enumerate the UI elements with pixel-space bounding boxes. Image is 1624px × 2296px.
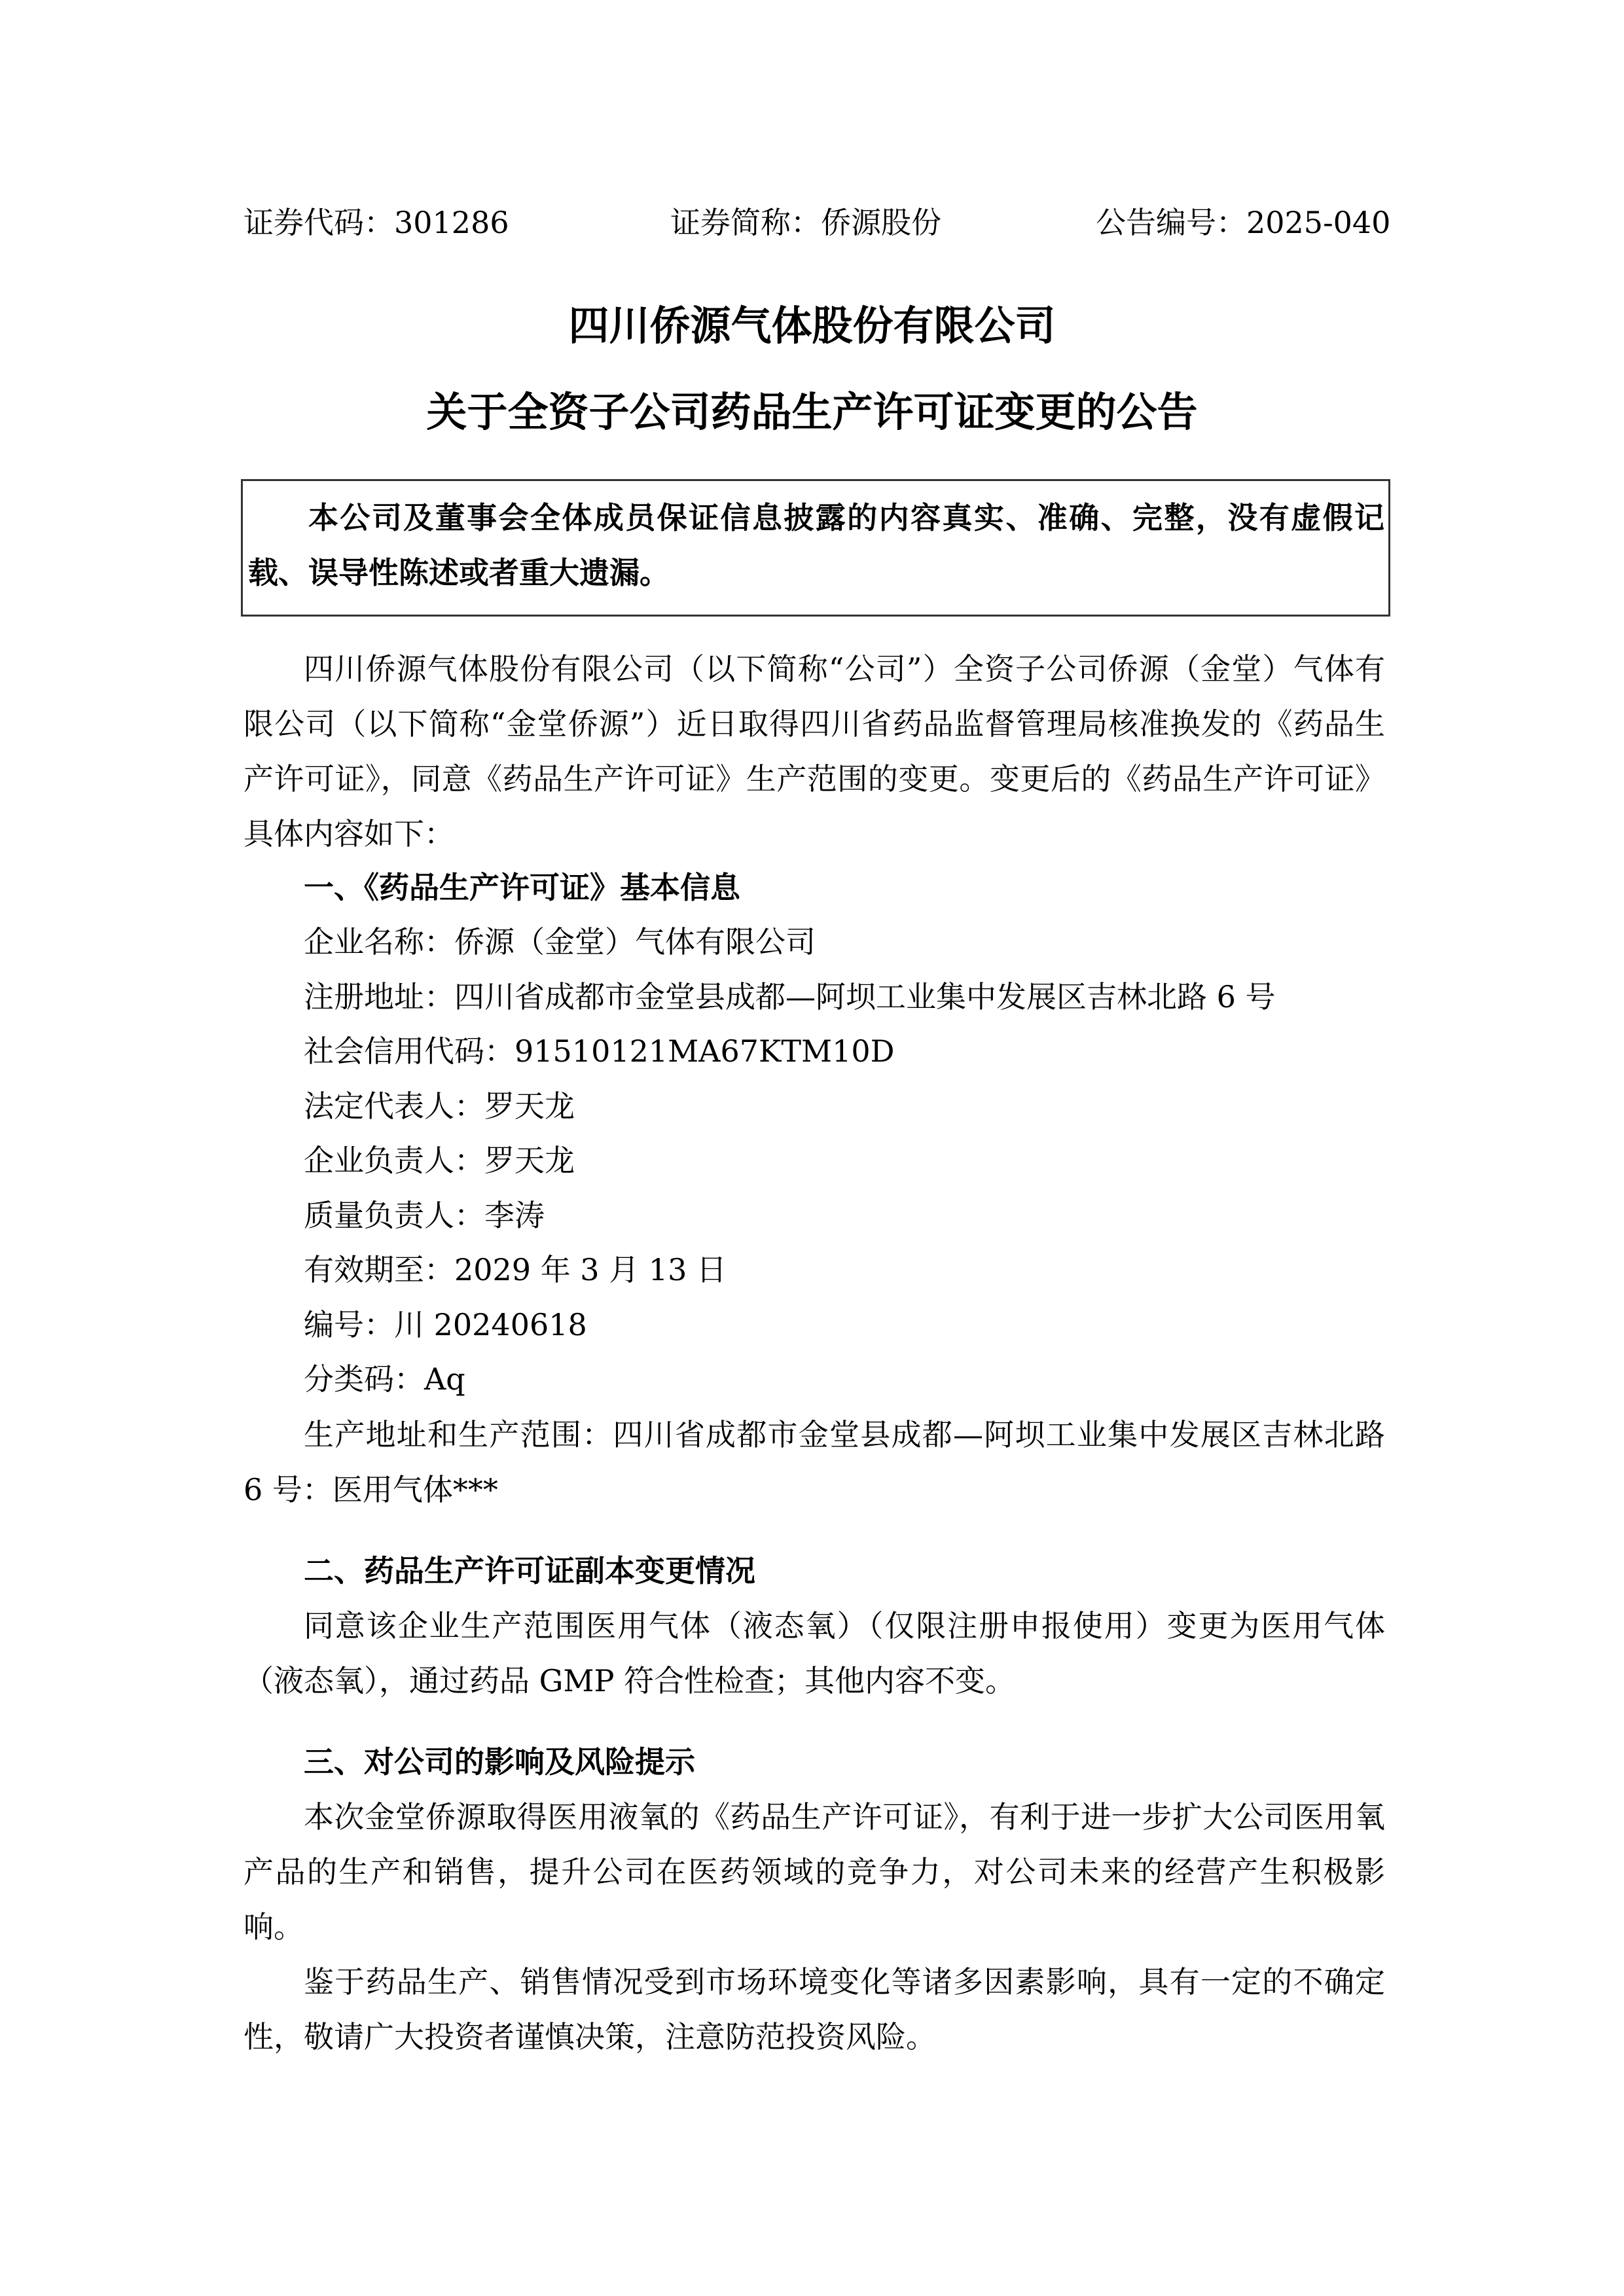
section-3: 三、对公司的影响及风险提示 本次金堂侨源取得医用液氧的《药品生产许可证》，有利于… <box>244 1734 1385 2064</box>
stock-code: 证券代码：301286 <box>244 196 509 249</box>
intro-paragraph: 四川侨源气体股份有限公司（以下简称“公司”）全资子公司侨源（金堂）气体有限公司（… <box>244 641 1385 861</box>
license-info-list: 企业名称：侨源（金堂）气体有限公司 注册地址：四川省成都市金堂县成都—阿坝工业集… <box>244 915 1385 1407</box>
info-quality-head: 质量负责人：李涛 <box>244 1189 1385 1244</box>
section-3-heading: 三、对公司的影响及风险提示 <box>244 1734 1385 1789</box>
info-company-name: 企业名称：侨源（金堂）气体有限公司 <box>244 915 1385 970</box>
info-valid-until: 有效期至：2029 年 3 月 13 日 <box>244 1243 1385 1298</box>
disclosure-notice-box: 本公司及董事会全体成员保证信息披露的内容真实、准确、完整，没有虚假记载、误导性陈… <box>241 479 1390 617</box>
company-title: 四川侨源气体股份有限公司 <box>0 293 1624 359</box>
announcement-title: 关于全资子公司药品生产许可证变更的公告 <box>0 380 1624 445</box>
section-2: 二、药品生产许可证副本变更情况 同意该企业生产范围医用气体（液态氧）（仅限注册申… <box>244 1543 1385 1708</box>
section-3-paragraph-2: 鉴于药品生产、销售情况受到市场环境变化等诸多因素影响，具有一定的不确定性，敬请广… <box>244 1954 1385 2064</box>
disclosure-notice-text: 本公司及董事会全体成员保证信息披露的内容真实、准确、完整，没有虚假记载、误导性陈… <box>248 490 1384 600</box>
info-legal-representative: 法定代表人：罗天龙 <box>244 1079 1385 1134</box>
info-classification-code: 分类码：Aq <box>244 1352 1385 1407</box>
document-page: 证券代码：301286 证券简称：侨源股份 公告编号：2025-040 四川侨源… <box>0 0 1624 2296</box>
stock-abbreviation: 证券简称：侨源股份 <box>670 196 941 249</box>
info-credit-code: 社会信用代码：91510121MA67KTM10D <box>244 1024 1385 1079</box>
section-2-heading: 二、药品生产许可证副本变更情况 <box>244 1543 1385 1598</box>
announcement-header: 证券代码：301286 证券简称：侨源股份 公告编号：2025-040 <box>244 196 1382 249</box>
section-1-heading: 一、《药品生产许可证》基本信息 <box>244 860 1385 915</box>
info-production-scope: 生产地址和生产范围：四川省成都市金堂县成都—阿坝工业集中发展区吉林北路 6 号：… <box>244 1407 1385 1517</box>
production-scope-block: 生产地址和生产范围：四川省成都市金堂县成都—阿坝工业集中发展区吉林北路 6 号：… <box>244 1407 1385 1517</box>
announcement-number: 公告编号：2025-040 <box>1096 196 1390 249</box>
section-3-paragraph-1: 本次金堂侨源取得医用液氧的《药品生产许可证》，有利于进一步扩大公司医用氧产品的生… <box>244 1789 1385 1954</box>
info-registered-address: 注册地址：四川省成都市金堂县成都—阿坝工业集中发展区吉林北路 6 号 <box>244 970 1385 1025</box>
section-1: 一、《药品生产许可证》基本信息 <box>244 860 1385 915</box>
info-enterprise-head: 企业负责人：罗天龙 <box>244 1134 1385 1189</box>
section-2-text: 同意该企业生产范围医用气体（液态氧）（仅限注册申报使用）变更为医用气体（液态氧）… <box>244 1598 1385 1708</box>
info-license-number: 编号：川 20240618 <box>244 1298 1385 1353</box>
